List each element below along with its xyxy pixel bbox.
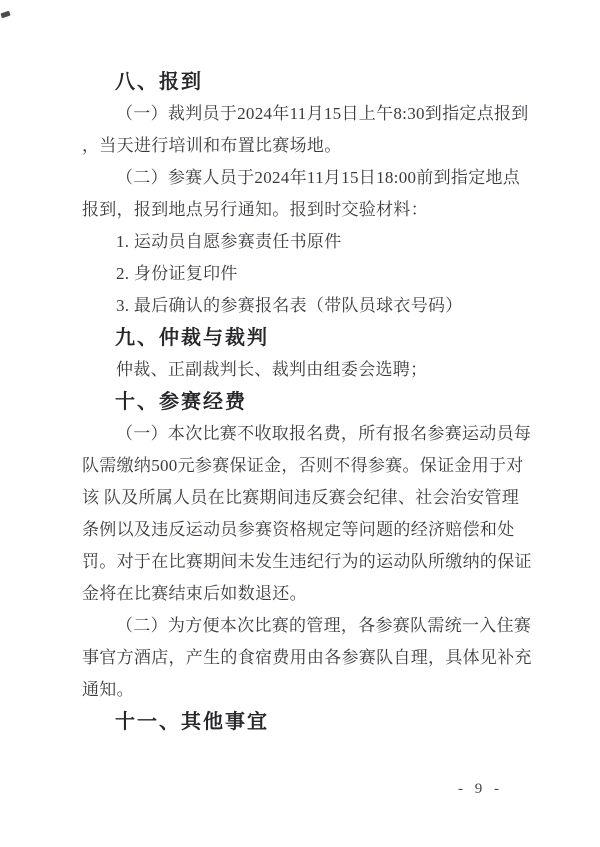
section-heading-8-registration: 八、报到	[82, 66, 518, 98]
text-line: （二）参赛人员于2024年11月15日18:00前到指定地点	[82, 162, 518, 194]
text-line: 该 队及所属人员在比赛期间违反赛会纪律、社会治安管理	[82, 482, 518, 514]
text-line: 金将在比赛结束后如数退还。	[82, 578, 518, 610]
section-heading-9-arbitration: 九、仲裁与裁判	[82, 322, 518, 354]
section-heading-10-fees: 十、参赛经费	[82, 386, 518, 418]
scan-artifact-mark	[0, 11, 10, 19]
text-line: 报到，报到地点另行通知。报到时交验材料：	[82, 194, 518, 226]
text-line: 队需缴纳500元参赛保证金，否则不得参赛。保证金用于对	[82, 450, 518, 482]
document-body: 八、报到 （一）裁判员于2024年11月15日上午8:30到指定点报到 ，当天进…	[82, 66, 518, 738]
text-line: （二）为方便本次比赛的管理，各参赛队需统一入住赛	[82, 610, 518, 642]
text-line: 通知。	[82, 674, 518, 706]
list-item-3: 3. 最后确认的参赛报名表（带队员球衣号码）	[82, 290, 518, 322]
text-line: 事官方酒店，产生的食宿费用由各参赛队自理，具体见补充	[82, 642, 518, 674]
list-item-1: 1. 运动员自愿参赛责任书原件	[82, 226, 518, 258]
text-line: ，当天进行培训和布置比赛场地。	[82, 130, 518, 162]
text-line: 条例以及违反运动员参赛资格规定等问题的经济赔偿和处	[82, 514, 518, 546]
text-line: （一）裁判员于2024年11月15日上午8:30到指定点报到	[82, 98, 518, 130]
scanned-document-page: 八、报到 （一）裁判员于2024年11月15日上午8:30到指定点报到 ，当天进…	[0, 0, 600, 847]
text-line: 罚。对于在比赛期间未发生违纪行为的运动队所缴纳的保证	[82, 546, 518, 578]
section-heading-11-other: 十一、其他事宜	[82, 706, 518, 738]
list-item-2: 2. 身份证复印件	[82, 258, 518, 290]
text-line: （一）本次比赛不收取报名费，所有报名参赛运动员每	[82, 418, 518, 450]
page-number: - 9 -	[458, 781, 503, 798]
text-line: 仲裁、正副裁判长、裁判由组委会选聘；	[82, 354, 518, 386]
